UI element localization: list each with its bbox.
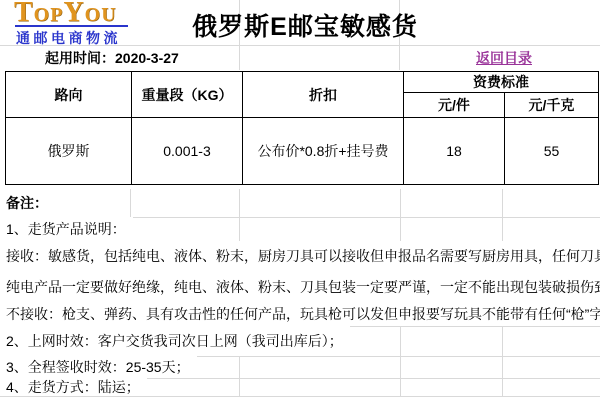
note-text: 纯电产品一定要做好绝缘，纯电、液体、粉末、刀具包装一定要严谨，一定不能出现包装破… xyxy=(0,272,600,302)
rate-per-item-cell: 18 xyxy=(404,118,505,185)
header-weight-band-cell: 重量段（KG） xyxy=(132,72,243,118)
note-row: 3、全程签收时效：25-35天； xyxy=(0,356,600,379)
effective-date-label: 起用时间： xyxy=(45,50,115,66)
note-row: 不接收：枪支、弹药、具有攻击性的任何产品，玩具枪可以发但申报要写玩具不能带有任何… xyxy=(0,302,600,327)
logo-tagline: 通邮电商物流 xyxy=(16,28,121,48)
rate-route-cell: 俄罗斯 xyxy=(6,118,132,185)
note-row: 备注： xyxy=(0,189,600,218)
rate-sheet-view: TopYou 通邮电商物流 俄罗斯E邮宝敏感货 起用时间：2020-3-27 返… xyxy=(0,0,600,397)
rate-discount-cell: 公布价*0.8折+挂号费 xyxy=(243,118,404,185)
page-title: 俄罗斯E邮宝敏感货 xyxy=(130,7,480,43)
rate-row: 俄罗斯 0.001-3 公布价*0.8折+挂号费 18 55 xyxy=(6,118,599,185)
effective-date: 起用时间：2020-3-27 xyxy=(45,46,179,70)
header-fee-standard-cell: 资费标准 xyxy=(404,72,599,93)
header-discount-cell: 折扣 xyxy=(243,72,404,118)
rate-per-kg-cell: 55 xyxy=(505,118,599,185)
note-row: 纯电产品一定要做好绝缘，纯电、液体、粉末、刀具包装一定要严谨，一定不能出现包装破… xyxy=(0,272,600,303)
note-text: 2、上网时效：客户交货我司次日上网（我司出库后）； xyxy=(0,326,350,356)
logo-underline xyxy=(15,25,128,27)
header-per-kg-cell: 元/千克 xyxy=(505,93,599,118)
note-text: 1、走货产品说明： xyxy=(0,217,133,241)
note-text: 不接收：枪支、弹药、具有攻击性的任何产品，玩具枪可以发但申报要写玩具不能带有任何… xyxy=(0,302,600,326)
note-text: 备注： xyxy=(0,189,55,217)
note-row: 1、走货产品说明： xyxy=(0,217,600,242)
rate-table: 路向 重量段（KG） 折扣 资费标准 元/件 元/千克 俄罗斯 0.001-3 … xyxy=(5,71,599,185)
rate-weight-band-cell: 0.001-3 xyxy=(132,118,243,185)
note-row: 2、上网时效：客户交货我司次日上网（我司出库后）； xyxy=(0,326,600,357)
note-row: 接收：敏感货，包括纯电、液体、粉末，厨房刀具可以接收但申报品名需要写厨房用具，任… xyxy=(0,241,600,273)
header-route-cell: 路向 xyxy=(6,72,132,118)
back-to-directory-link[interactable]: 返回目录 xyxy=(468,46,540,70)
note-text: 4、走货方式：陆运； xyxy=(0,378,147,396)
note-text: 3、全程签收时效：25-35天； xyxy=(0,356,197,378)
header-per-item-cell: 元/件 xyxy=(404,93,505,118)
note-row: 4、走货方式：陆运； xyxy=(0,378,600,397)
logo-wordmark: TopYou xyxy=(14,0,117,26)
note-text: 接收：敏感货，包括纯电、液体、粉末，厨房刀具可以接收但申报品名需要写厨房用具，任… xyxy=(0,241,600,272)
effective-date-value: 2020-3-27 xyxy=(115,50,179,66)
